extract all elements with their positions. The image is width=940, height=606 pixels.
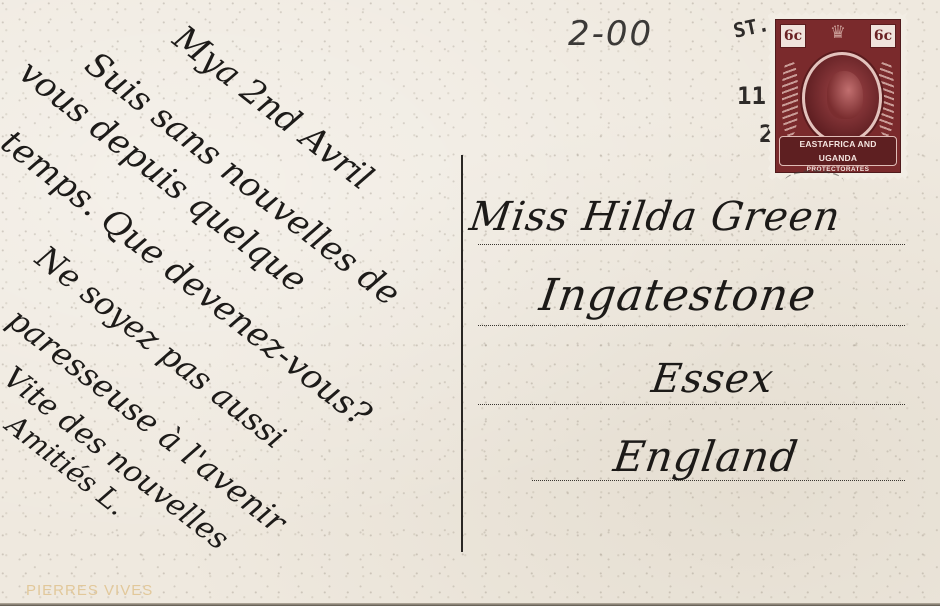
laurel-left-icon (782, 60, 798, 136)
postmark-day: 11 (737, 84, 766, 108)
stamp-country-band: EASTAFRICA AND UGANDA PROTECTORATES (779, 136, 897, 166)
address-town: Ingatestone (536, 270, 819, 321)
address-rule-3 (478, 404, 905, 405)
stamp-frame: 6c ♛ 6c EASTAFRICA AND UGANDA PROTECTORA… (775, 19, 901, 173)
message-line-1: Mya 2nd Avril (165, 18, 380, 198)
king-portrait (802, 52, 882, 144)
crown-icon: ♛ (830, 22, 846, 43)
stamp-country: EASTAFRICA AND UGANDA (780, 137, 896, 165)
address-county: Essex (649, 356, 777, 402)
address-rule-2 (478, 325, 905, 326)
vertical-divider (461, 155, 463, 552)
cancellation-mark (784, 170, 844, 194)
publisher-watermark: PIERRES VIVES (26, 582, 153, 599)
address-country: England (611, 432, 802, 481)
postage-stamp: 6c ♛ 6c EASTAFRICA AND UGANDA PROTECTORA… (768, 12, 908, 180)
stamp-value-right: 6c (870, 24, 896, 48)
postcard-back: 2-00 ST.. 11 2 6c ♛ 6c EASTAFRICA AND UG… (0, 0, 940, 606)
stamp-value-left: 6c (780, 24, 806, 48)
address-recipient: Miss Hilda Green (467, 194, 844, 240)
portrait-head-icon (827, 71, 863, 119)
address-rule-1 (478, 244, 905, 245)
pencil-price-note: 2-00 (568, 14, 653, 54)
